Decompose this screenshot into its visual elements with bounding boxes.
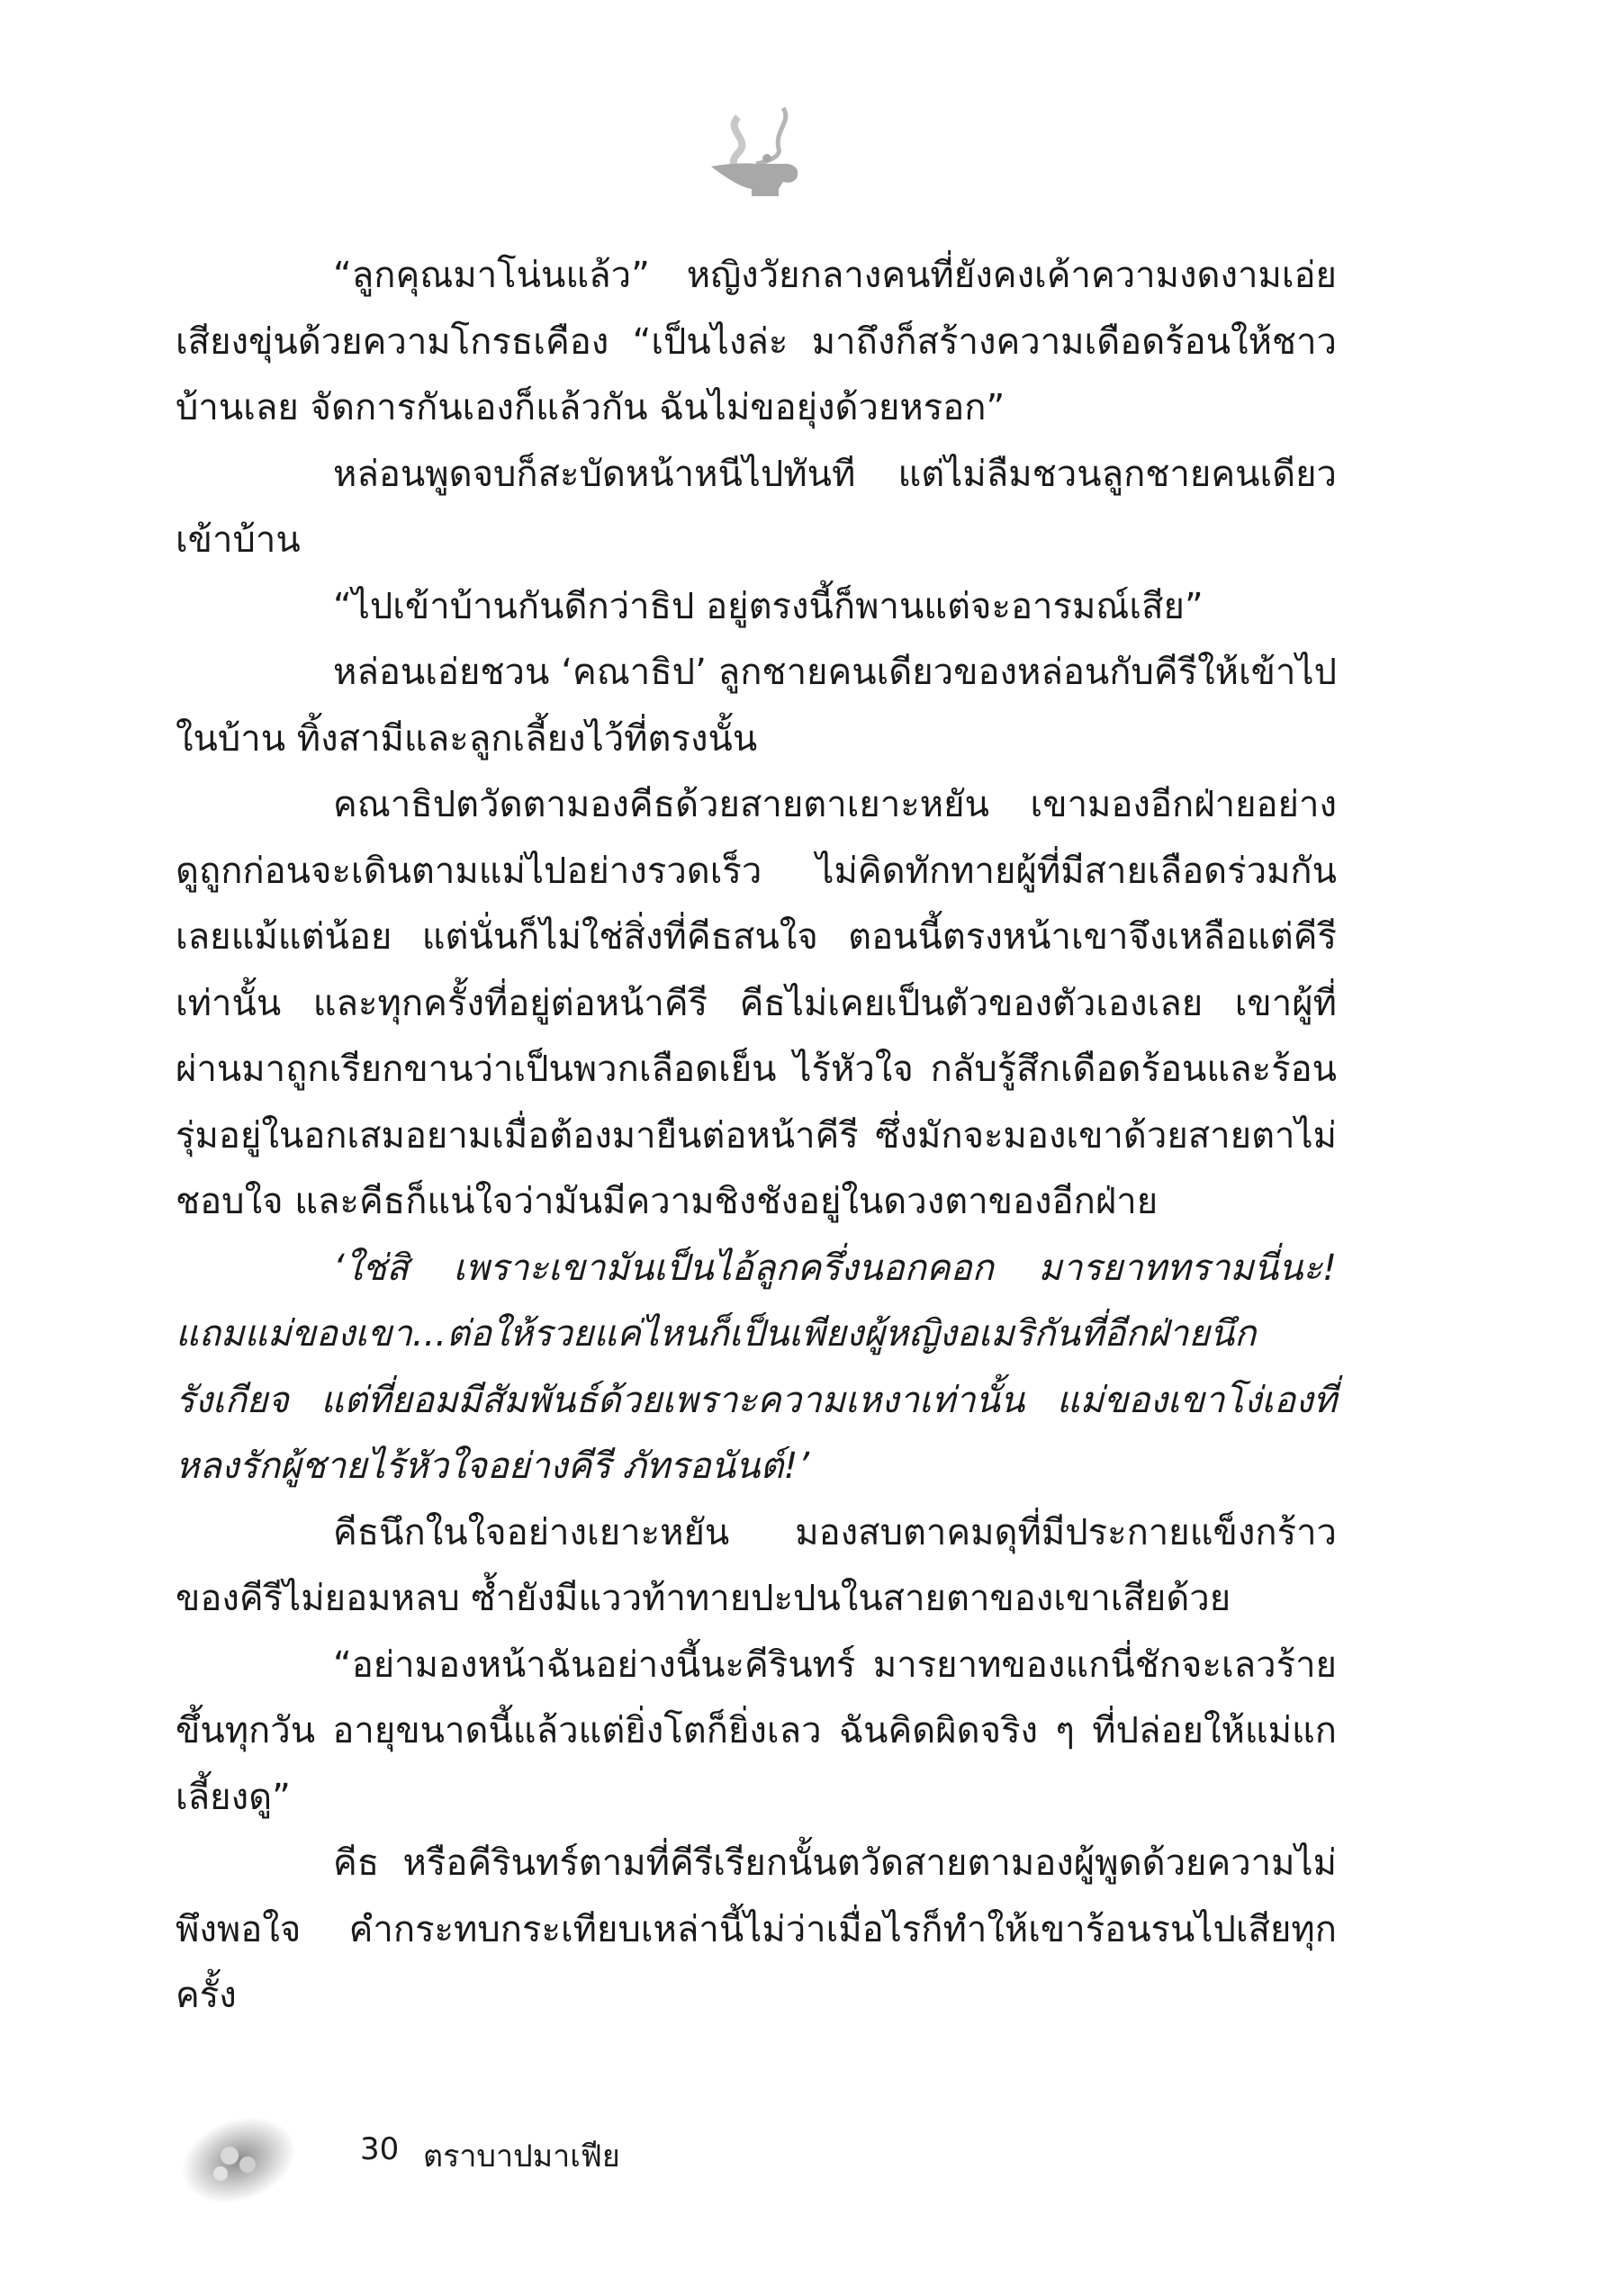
genie-lamp-icon	[702, 99, 810, 207]
paragraph: หล่อนเอ่ยชวน ‘คณาธิป’ ลูกชายคนเดียวของหล…	[176, 640, 1337, 772]
paragraph: “ลูกคุณมาโน่นแล้ว” หญิงวัยกลางคนที่ยังคง…	[176, 243, 1337, 442]
book-title: ตราบาปมาเฟีย	[423, 2131, 620, 2180]
paragraph: หล่อนพูดจบก็สะบัดหน้าหนีไปทันที แต่ไม่ลื…	[176, 442, 1337, 574]
paragraph: คีธนึกในใจอย่างเยาะหยัน มองสบตาคมดุที่มี…	[176, 1500, 1337, 1633]
page-footer: 30 ตราบาปมาเฟีย	[176, 2106, 896, 2214]
paragraph: คีธ หรือคีรินทร์ตามที่คีรีเรียกนั้นตวัดส…	[176, 1831, 1337, 2030]
paragraph: “ไปเข้าบ้านกันดีกว่าธิป อยู่ตรงนี้ก็พานแ…	[176, 574, 1337, 641]
flower-bouquet-icon	[176, 2106, 302, 2214]
page-number: 30	[360, 2131, 399, 2167]
body-text: “ลูกคุณมาโน่นแล้ว” หญิงวัยกลางคนที่ยังคง…	[176, 243, 1337, 2030]
paragraph: คณาธิปตวัดตามองคีธด้วยสายตาเยาะหยัน เขาม…	[176, 772, 1337, 1236]
paragraph: “อย่ามองหน้าฉันอย่างนี้นะคีรินทร์ มารยาท…	[176, 1633, 1337, 1832]
paragraph-inner-thought: ‘ใช่สิ เพราะเขามันเป็นไอ้ลูกครึ่งนอกคอก …	[176, 1236, 1337, 1500]
